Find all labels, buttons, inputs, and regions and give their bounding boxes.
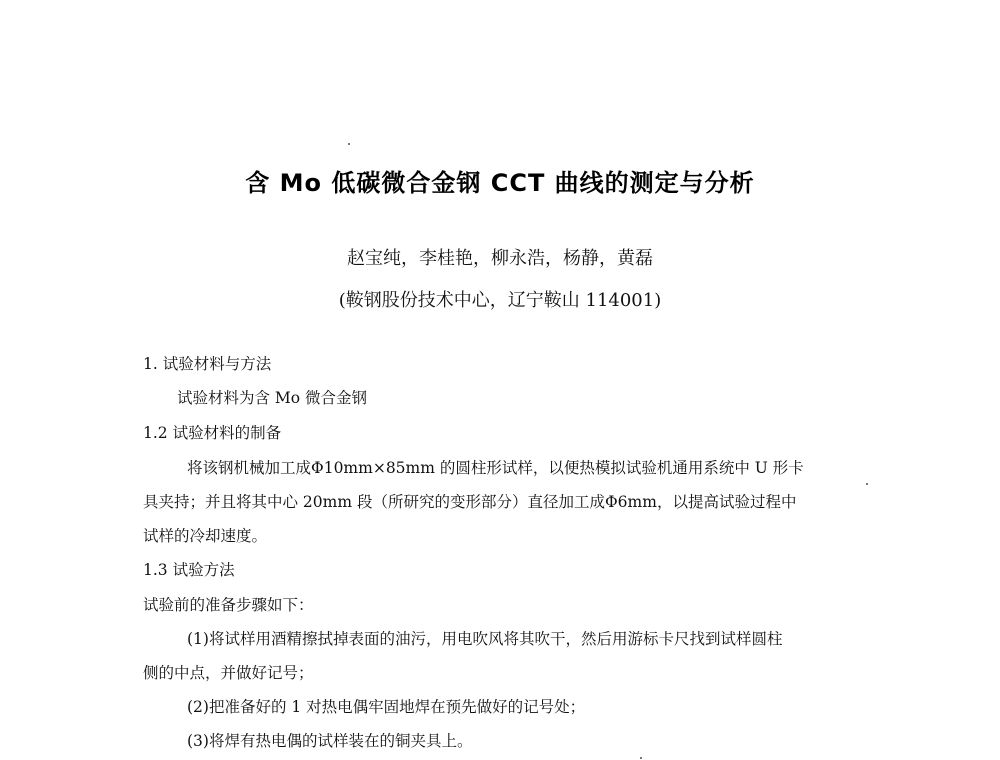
section-heading-1: 1. 试验材料与方法 — [143, 354, 271, 374]
scan-speck — [866, 483, 868, 485]
section-1-text: 试验材料为含 Mo 微合金钢 — [177, 388, 367, 408]
paper-affiliation: (鞍钢股份技术中心，辽宁鞍山 114001) — [0, 286, 1000, 312]
paragraph-line: 具夹持；并且将其中心 20mm 段（所研究的变形部分）直径加工成Φ6mm，以提高… — [143, 492, 796, 512]
section-heading-1-3: 1.3 试验方法 — [143, 560, 235, 580]
scan-speck — [640, 757, 642, 759]
paper-title: 含 Mo 低碳微合金钢 CCT 曲线的测定与分析 — [0, 163, 1000, 198]
step-1-line: (1)将试样用酒精擦拭掉表面的油污，用电吹风将其吹干，然后用游标卡尺找到试样圆柱 — [187, 629, 782, 649]
paragraph-line: 将该钢机械加工成Φ10mm×85mm 的圆柱形试样，以便热模拟试验机通用系统中 … — [187, 458, 804, 478]
paragraph-line: 试样的冷却速度。 — [143, 526, 267, 546]
prep-intro: 试验前的准备步骤如下： — [143, 595, 314, 615]
document-page: 含 Mo 低碳微合金钢 CCT 曲线的测定与分析 赵宝纯，李桂艳，柳永浩，杨静，… — [0, 0, 1000, 760]
step-1-line: 侧的中点，并做好记号； — [143, 663, 314, 683]
step-2: (2)把准备好的 1 对热电偶牢固地焊在预先做好的记号处； — [187, 697, 585, 717]
section-heading-1-2: 1.2 试验材料的制备 — [143, 423, 281, 443]
scan-speck — [348, 143, 350, 145]
step-3: (3)将焊有热电偶的试样装在的铜夹具上。 — [187, 731, 472, 751]
paper-authors: 赵宝纯，李桂艳，柳永浩，杨静，黄磊 — [0, 244, 1000, 270]
